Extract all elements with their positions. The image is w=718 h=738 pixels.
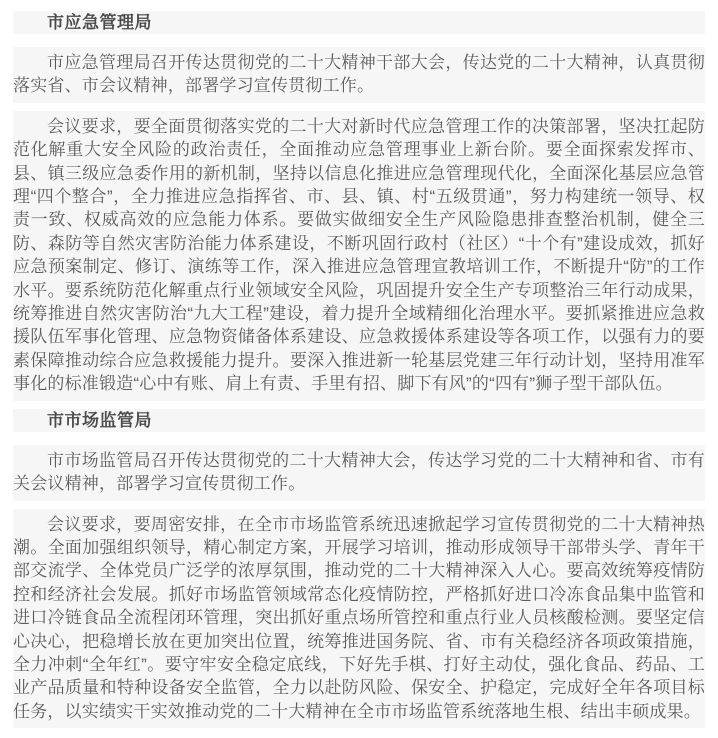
section-market-supervision-bureau: 市市场监管局 市市场监管局召开传达贯彻党的二十大精神大会，传达学习党的二十大精神… <box>13 409 705 728</box>
paragraph: 会议要求，要周密安排，在全市市场监管系统迅速掀起学习宣传贯彻党的二十大精神热潮。… <box>13 509 705 729</box>
section-title-market-supervision-bureau: 市市场监管局 <box>13 409 705 432</box>
section-emergency-management-bureau: 市应急管理局 市应急管理局召开传达贯彻党的二十大精神干部大会，传达党的二十大精神… <box>13 11 705 401</box>
article-page: 市应急管理局 市应急管理局召开传达贯彻党的二十大精神干部大会，传达党的二十大精神… <box>0 0 718 728</box>
section-title-emergency-management-bureau: 市应急管理局 <box>13 11 705 34</box>
paragraph: 市应急管理局召开传达贯彻党的二十大精神干部大会，传达党的二十大精神，认真贯彻落实… <box>13 47 705 103</box>
paragraph: 市市场监管局召开传达贯彻党的二十大精神大会，传达学习党的二十大精神和省、市有关会… <box>13 445 705 501</box>
paragraph: 会议要求，要全面贯彻落实党的二十大对新时代应急管理工作的决策部署，坚决扛起防范化… <box>13 111 705 401</box>
